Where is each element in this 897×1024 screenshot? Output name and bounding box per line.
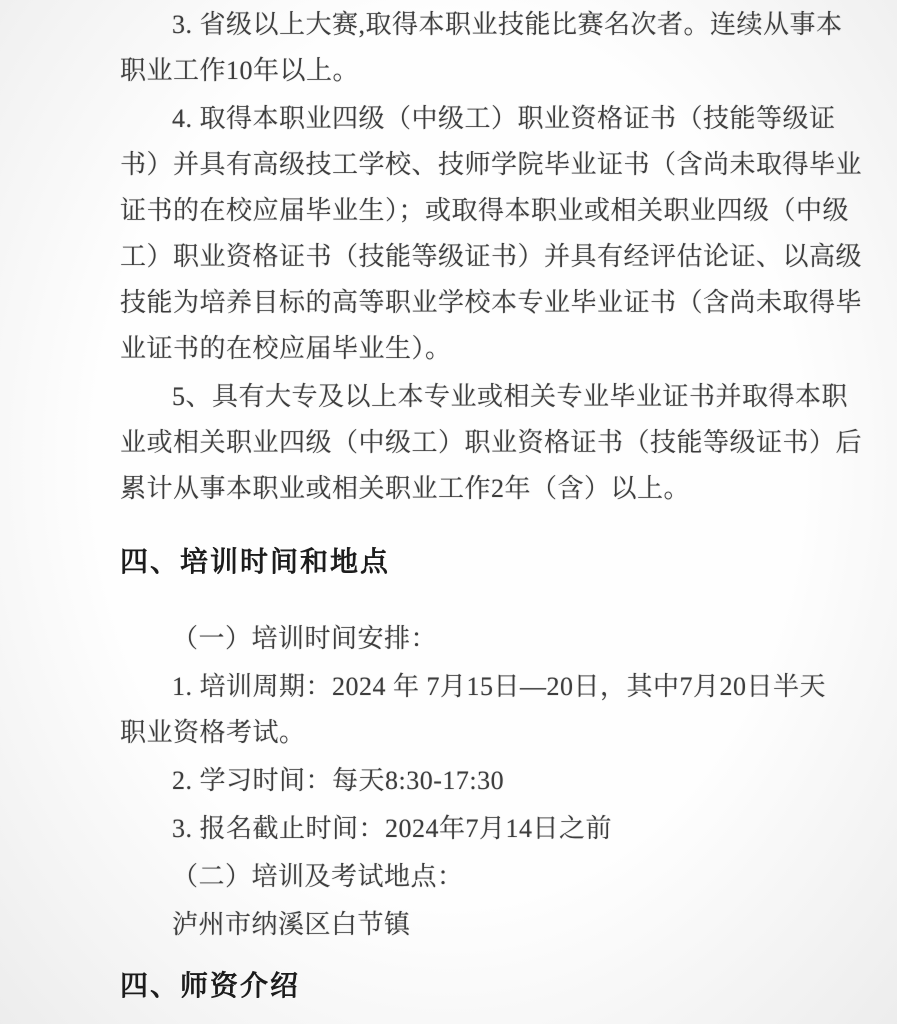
- section-heading: 四、师资介绍: [120, 966, 867, 1006]
- text-line: （一）培训时间安排：: [120, 616, 867, 662]
- text-line: 职业资格考试。: [120, 710, 867, 756]
- text-line: 技能为培养目标的高等职业学校本专业毕业证书（含尚未取得毕: [120, 280, 867, 326]
- text-line: 证书的在校应届毕业生）；或取得本职业或相关职业四级（中级: [120, 188, 867, 234]
- text-line: （二）培训及考试地点：: [120, 854, 867, 900]
- paragraph: 1. 培训周期：2024 年 7月15日—20日，其中7月20日半天职业资格考试…: [120, 664, 867, 756]
- paragraph: 3. 省级以上大赛,取得本职业技能比赛名次者。连续从事本职业工作10年以上。: [120, 2, 867, 94]
- text-line: 泸州市纳溪区白节镇: [120, 902, 867, 948]
- paragraph: 5、具有大专及以上本专业或相关专业毕业证书并取得本职业或相关职业四级（中级工）职…: [120, 374, 867, 512]
- text-line: 书）并具有高级技工学校、技师学院毕业证书（含尚未取得毕业: [120, 142, 867, 188]
- paragraph: （一）培训时间安排：: [120, 616, 867, 662]
- paragraph: 3. 报名截止时间：2024年7月14日之前: [120, 806, 867, 852]
- text-line: 3. 省级以上大赛,取得本职业技能比赛名次者。连续从事本: [120, 2, 867, 48]
- text-line: 3. 报名截止时间：2024年7月14日之前: [120, 806, 867, 852]
- document-body: 3. 省级以上大赛,取得本职业技能比赛名次者。连续从事本职业工作10年以上。4.…: [120, 2, 867, 1006]
- paragraph: （二）培训及考试地点：: [120, 854, 867, 900]
- document-page: 3. 省级以上大赛,取得本职业技能比赛名次者。连续从事本职业工作10年以上。4.…: [0, 0, 897, 1024]
- text-line: 累计从事本职业或相关职业工作2年（含）以上。: [120, 466, 867, 512]
- text-line: 4. 取得本职业四级（中级工）职业资格证书（技能等级证: [120, 96, 867, 142]
- text-line: 2. 学习时间：每天8:30-17:30: [120, 758, 867, 804]
- heading-text: 四、培训时间和地点: [120, 542, 867, 582]
- text-line: 业证书的在校应届毕业生）。: [120, 326, 867, 372]
- text-line: 5、具有大专及以上本专业或相关专业毕业证书并取得本职: [120, 374, 867, 420]
- text-line: 业或相关职业四级（中级工）职业资格证书（技能等级证书）后: [120, 420, 867, 466]
- section-heading: 四、培训时间和地点: [120, 542, 867, 582]
- text-line: 职业工作10年以上。: [120, 48, 867, 94]
- text-line: 1. 培训周期：2024 年 7月15日—20日，其中7月20日半天: [120, 664, 867, 710]
- text-line: 工）职业资格证书（技能等级证书）并具有经评估论证、以高级: [120, 234, 867, 280]
- paragraph: 4. 取得本职业四级（中级工）职业资格证书（技能等级证书）并具有高级技工学校、技…: [120, 96, 867, 372]
- heading-text: 四、师资介绍: [120, 966, 867, 1006]
- paragraph: 2. 学习时间：每天8:30-17:30: [120, 758, 867, 804]
- paragraph: 泸州市纳溪区白节镇: [120, 902, 867, 948]
